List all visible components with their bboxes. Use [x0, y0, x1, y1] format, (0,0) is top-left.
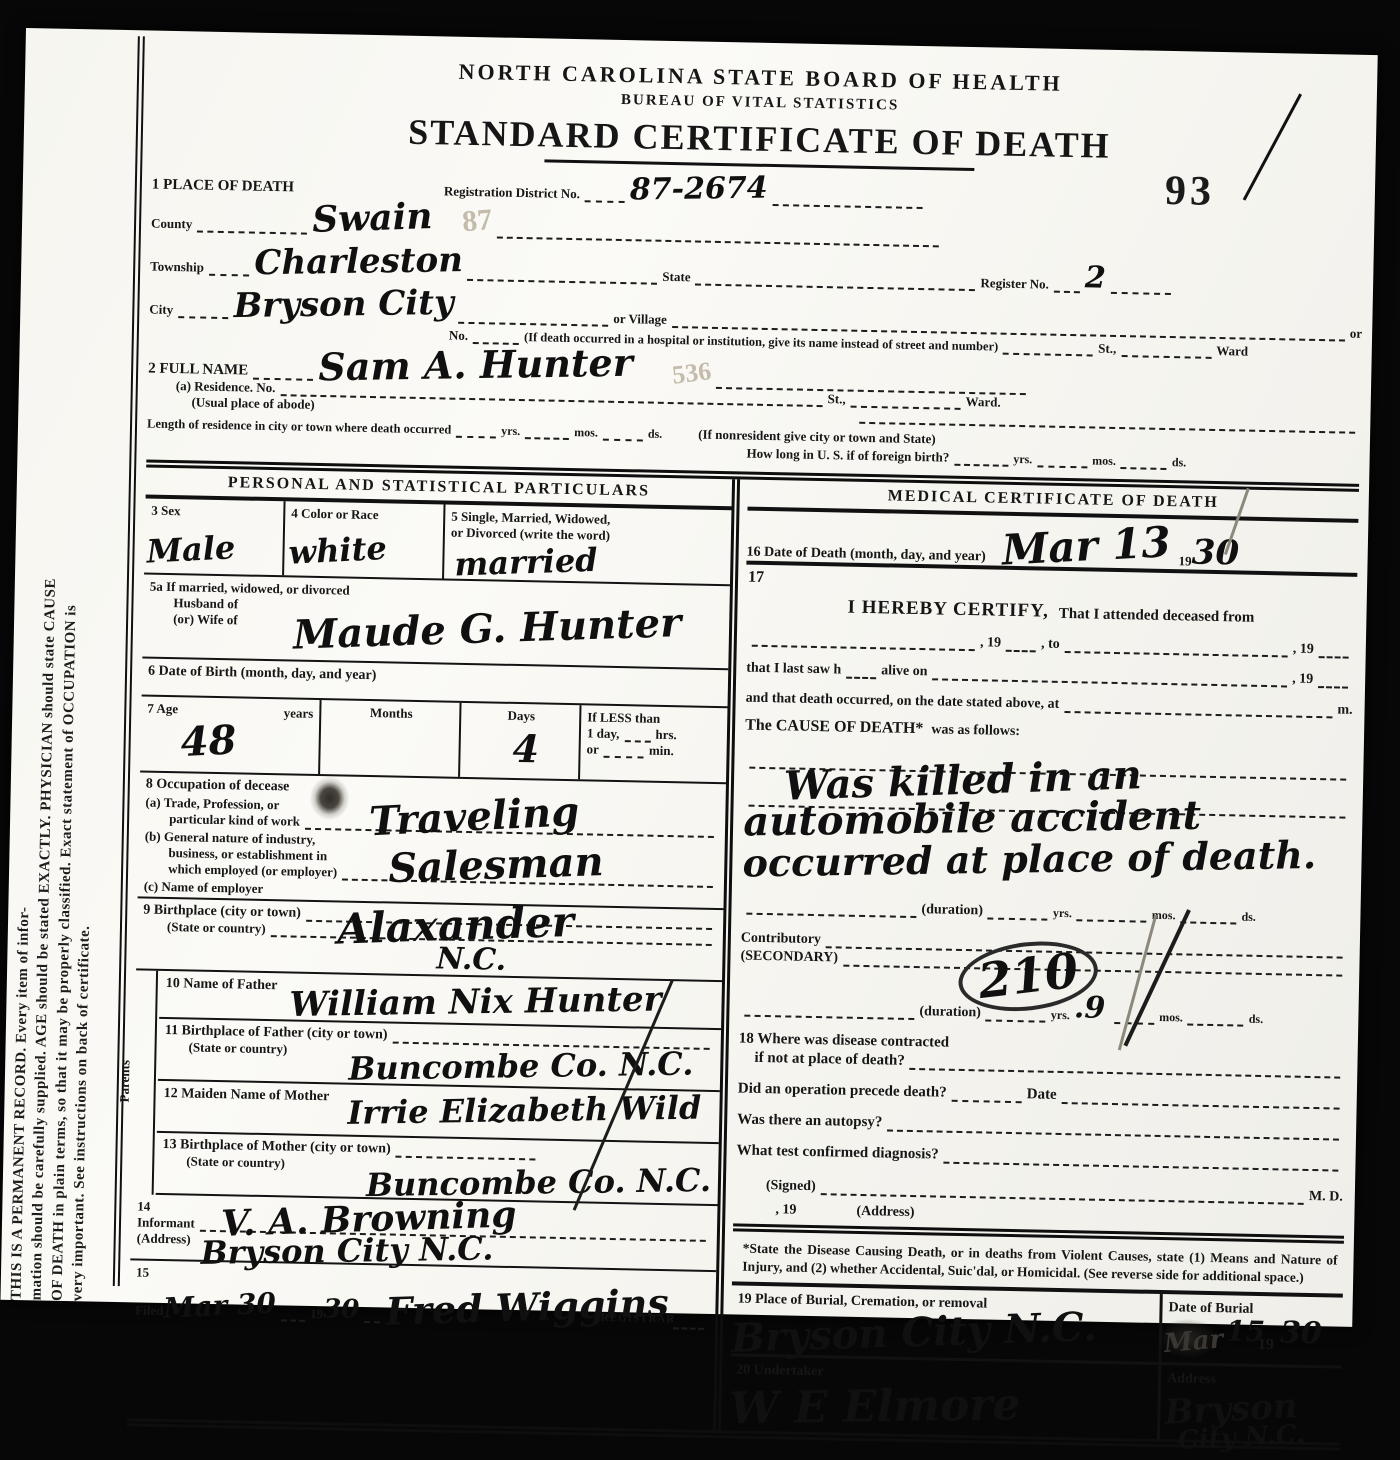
- st-label: St.,: [1098, 341, 1116, 357]
- age-label: 7 Age: [147, 701, 178, 717]
- death-occurred-label: and that death occurred, on the date sta…: [746, 691, 1060, 713]
- filed-date-value: Mar 30: [163, 1289, 277, 1323]
- cause-of-death-bold: The CAUSE OF DEATH*: [745, 717, 924, 739]
- age-days-value: 4: [512, 730, 539, 769]
- age-years-label: years: [284, 705, 314, 722]
- certificate-paper: THIS IS A PERMANENT RECORD. Every item o…: [0, 28, 1377, 1327]
- yrs-label-2: yrs.: [1013, 452, 1032, 467]
- residence-label: (a) Residence. No.: [176, 378, 276, 396]
- parents-band: Parents: [132, 970, 158, 1194]
- employer-label: (c) Name of employer: [144, 879, 264, 897]
- mos-label-2: mos.: [1092, 453, 1116, 468]
- county-value: Swain: [312, 198, 433, 238]
- disease-contracted-label-2: if not at place of death?: [754, 1050, 905, 1070]
- birthplace-cell: 9 Birthplace (city or town) (State or co…: [136, 898, 723, 982]
- register-no-value: 2: [1085, 263, 1106, 293]
- point9-value: .9: [1074, 993, 1106, 1024]
- burial-19-printed: 19: [1258, 1336, 1274, 1354]
- race-cell: 4 Color or Race white: [284, 501, 445, 578]
- dur2-mos: mos.: [1159, 1010, 1183, 1025]
- personal-particulars-column: PERSONAL AND STATISTICAL PARTICULARS 3 S…: [127, 468, 732, 1356]
- dur1-ds: ds.: [1241, 910, 1256, 925]
- ds-label-3: ds.: [1172, 455, 1187, 470]
- township-value: Charleston: [254, 243, 463, 280]
- certificate-form: NORTH CAROLINA STATE BOARD OF HEALTH BUR…: [113, 36, 1374, 1311]
- date-of-birth-label: 6 Date of Birth (month, day, and year): [148, 664, 377, 684]
- place-of-death-section: 1 PLACE OF DEATH Registration District N…: [147, 164, 1365, 474]
- last-saw-label: that I last saw h: [746, 661, 841, 679]
- age-months-cell: Months: [320, 700, 461, 777]
- registration-district-label: Registration District No.: [444, 183, 580, 202]
- marital-status-cell: 5 Single, Married, Widowed, or Divorced …: [444, 505, 731, 585]
- test-label: What test confirmed diagnosis?: [736, 1142, 938, 1163]
- register-no-label: Register No.: [980, 275, 1049, 292]
- alive-on-label: alive on: [881, 663, 928, 680]
- city-value: Bryson City: [233, 286, 454, 323]
- registration-district-value: 87-2674: [630, 174, 768, 206]
- parents-label: Parents: [117, 1060, 134, 1103]
- dur2-ds: ds.: [1249, 1012, 1264, 1027]
- spouse-cell: 5a If married, widowed, or divorced Husb…: [142, 574, 730, 670]
- spouse-value: Maude G. Hunter: [292, 603, 681, 656]
- form-header: NORTH CAROLINA STATE BOARD OF HEALTH BUR…: [152, 37, 1367, 179]
- medical-certificate-column: MEDICAL CERTIFICATE OF DEATH 16 Date of …: [721, 479, 1359, 1356]
- date-of-death-label: 16 Date of Death (month, day, and year): [746, 545, 985, 566]
- county-label: County: [151, 216, 193, 233]
- nonresident-note: (If nonresident give city or town and St…: [698, 427, 936, 448]
- ward-label: Ward: [1216, 343, 1248, 360]
- age-days-cell: Days 4: [460, 703, 581, 779]
- industry-value: Salesman: [388, 842, 604, 889]
- registrar-label: REGISTRAR: [601, 1312, 676, 1325]
- howlong-us-label: How long in U. S. if of foreign birth?: [746, 446, 949, 466]
- parents-group: Parents 10 Name of Father William Nix Hu…: [132, 970, 722, 1206]
- secondary-label: (SECONDARY): [740, 949, 838, 967]
- place-of-death-label: 1 PLACE OF DEATH: [152, 177, 294, 197]
- city-label: City: [149, 302, 173, 318]
- place-of-burial-value: Bryson City N.C.: [730, 1308, 1097, 1356]
- race-value: white: [288, 532, 388, 569]
- address-paren-label: (Address): [856, 1204, 914, 1221]
- marital-value: married: [454, 544, 598, 581]
- duration-label-2: (duration): [919, 1004, 981, 1021]
- certification-block: 17 I HEREBY CERTIFY, That I attended dec…: [733, 565, 1357, 1230]
- date-of-death-year: 30: [1191, 536, 1239, 571]
- father-name-label: 10 Name of Father: [166, 976, 278, 993]
- mother-name-label: 12 Maiden Name of Mother: [163, 1086, 329, 1104]
- full-name-pencil-note: 536: [671, 356, 713, 390]
- hrs-label: hrs.: [655, 727, 677, 743]
- or-village-label: or Village: [613, 311, 667, 328]
- m-label: m.: [1337, 702, 1352, 718]
- informant-address-label: (Address): [137, 1230, 191, 1247]
- yrs-label-1: yrs.: [501, 424, 520, 439]
- cause-of-death-rest: was as follows:: [931, 722, 1020, 740]
- state-label: State: [662, 269, 690, 286]
- father-birthplace-sub: (State or country): [188, 1039, 287, 1057]
- mother-birthplace-value: Buncombe Co. N.C.: [366, 1164, 711, 1201]
- ds-label-1: ds.: [648, 427, 663, 442]
- burial-month-value: Mar: [1163, 1327, 1224, 1356]
- filed-year-value: 30: [323, 1296, 360, 1323]
- township-label: Township: [150, 259, 204, 276]
- address-19-label: , 19: [775, 1202, 796, 1218]
- contributory-label: Contributory: [741, 931, 821, 949]
- min-label: min.: [649, 743, 674, 759]
- certify-rest: That I attended deceased from: [1059, 606, 1255, 627]
- date-of-burial-cell: Date of Burial Mar 15 19 30: [1161, 1295, 1342, 1356]
- trade-label-2: particular kind of work: [169, 811, 300, 830]
- industry-label-3: which employed (or employer): [168, 861, 337, 880]
- filed-cell: 15 Filed Mar 30 19 30 Fred Wiggins REGIS…: [129, 1260, 716, 1328]
- age-days-label: Days: [507, 708, 535, 724]
- informant-label: Informant: [137, 1214, 195, 1231]
- cause-of-death-lines: Was killed in an automobile accident occ…: [742, 765, 1351, 897]
- dur1-yrs: yrs.: [1053, 906, 1072, 921]
- filed-19-printed: 19: [310, 1306, 323, 1322]
- dod-19-printed: 19: [1178, 553, 1191, 569]
- sex-value: Male: [146, 531, 236, 567]
- age-years-cell: 7 Age years 48: [140, 696, 321, 774]
- signed-label: (Signed): [766, 1178, 816, 1195]
- birthplace-sub: (State or country): [167, 919, 266, 937]
- autopsy-label: Was there an autopsy?: [737, 1111, 882, 1131]
- burial-year-value: 30: [1280, 1319, 1322, 1350]
- sex-cell: 3 Sex Male: [144, 498, 285, 575]
- duration-label-1: (duration): [921, 902, 983, 919]
- filed-label: Filed: [135, 1302, 163, 1319]
- md-label: M. D.: [1309, 1189, 1343, 1206]
- st2-label: St.,: [827, 391, 845, 407]
- or-label: or: [1350, 326, 1363, 342]
- age-months-label: Months: [370, 705, 413, 721]
- father-name-value: William Nix Hunter: [289, 982, 661, 1022]
- operation-label: Did an operation precede death?: [738, 1081, 947, 1102]
- disease-contracted-label-1: 18 Where was disease contracted: [739, 1031, 950, 1052]
- mother-name-value: Irrie Elizabeth Wild: [347, 1092, 701, 1129]
- cert-19a: , 19: [980, 635, 1001, 651]
- place-of-burial-cell: 19 Place of Burial, Cremation, or remova…: [731, 1286, 1163, 1356]
- burial-row: 19 Place of Burial, Cremation, or remova…: [731, 1282, 1343, 1356]
- lastsaw-19: , 19: [1292, 672, 1313, 688]
- full-name-label: 2 FULL NAME: [148, 361, 248, 380]
- informant-cell: 14 Informant (Address) V. A. Browning Br…: [130, 1194, 717, 1272]
- or-min-label: or: [586, 741, 599, 757]
- less-than-label-2: 1 day,: [587, 725, 620, 742]
- cert-to: , to: [1041, 636, 1060, 652]
- mos-label-1: mos.: [574, 425, 598, 440]
- pen-stroke-medical-1: [1123, 909, 1190, 1046]
- father-birthplace-cell: 11 Birthplace of Father (city or town) (…: [158, 1019, 721, 1092]
- county-pencil-note: 87: [461, 203, 494, 239]
- operation-date-label: Date: [1027, 1086, 1057, 1104]
- age-hours-cell: If LESS than 1 day,hrs. ormin.: [580, 705, 727, 782]
- certify-bold: I HEREBY CERTIFY,: [847, 597, 1049, 623]
- full-name-value: Sam A. Hunter: [318, 344, 633, 387]
- mother-birthplace-sub: (State or country): [186, 1153, 285, 1171]
- age-years-value: 48: [180, 720, 238, 763]
- abode-label: (Usual place of abode): [191, 394, 314, 412]
- occupation-cell: 8 Occupation of decease (a) Trade, Profe…: [138, 772, 726, 910]
- dur2-yrs: yrs.: [1051, 1008, 1070, 1023]
- race-label: 4 Color or Race: [291, 505, 379, 522]
- cause-hw-line3: occurred at place of death.: [742, 836, 1316, 883]
- birthplace-state-value: N.C.: [436, 944, 506, 975]
- sex-label: 3 Sex: [151, 503, 181, 519]
- cert-19b: , 19: [1293, 642, 1314, 658]
- date-of-death-value: Mar 13: [1001, 521, 1172, 571]
- ward2-label: Ward.: [965, 394, 1000, 411]
